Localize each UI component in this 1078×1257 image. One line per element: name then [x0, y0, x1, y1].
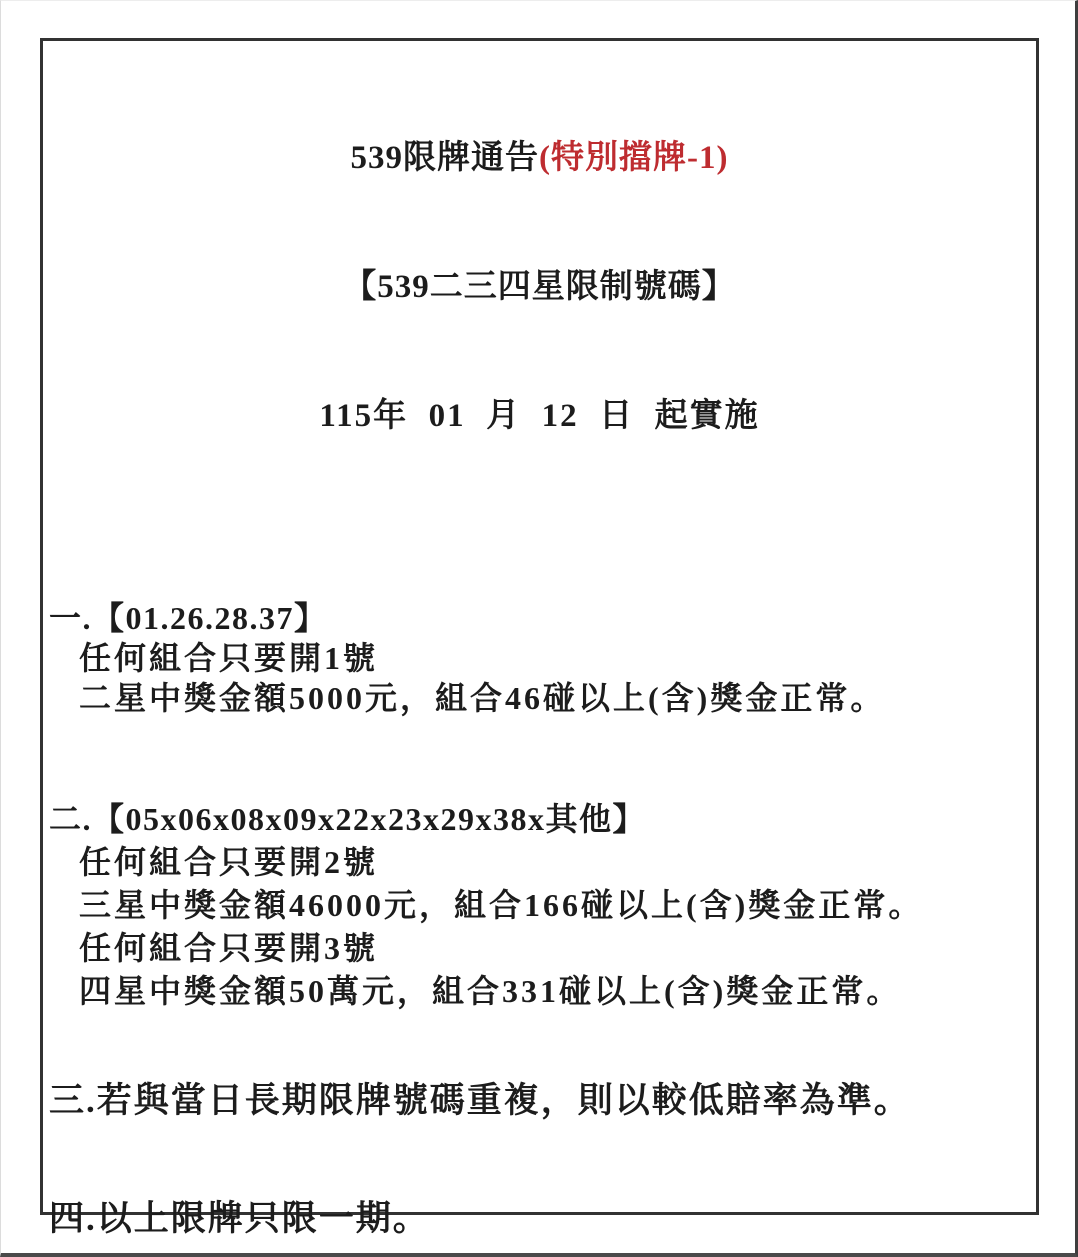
section-3-heading: 三.若與當日長期限牌號碼重複，則以較低賠率為準。 [47, 1079, 1032, 1123]
section-3: 三.若與當日長期限牌號碼重複，則以較低賠率為準。 [47, 1079, 1032, 1123]
notice-border-frame: 539限牌通告(特別擋牌-1) 【539二三四星限制號碼】 115年 01 月 … [40, 38, 1039, 1215]
effective-date-line: 115年 01 月 12 日 起實施 [47, 395, 1032, 438]
section-2-line: 四星中獎金額50萬元，組合331碰以上(含)獎金正常。 [47, 970, 1032, 1013]
section-4-heading: 四.以上限牌只限一期。 [47, 1197, 1032, 1241]
notice-title-special-tag: (特別擋牌-1) [539, 140, 728, 176]
section-2-heading: 二.【05x06x08x09x22x23x29x38x其他】 [47, 798, 1032, 841]
notice-header: 539限牌通告(特別擋牌-1) 【539二三四星限制號碼】 115年 01 月 … [47, 51, 1032, 524]
section-2: 二.【05x06x08x09x22x23x29x38x其他】 任何組合只要開2號… [47, 798, 1032, 1013]
notice-title-line: 539限牌通告(特別擋牌-1) [47, 137, 1032, 180]
section-1-line: 任何組合只要開1號 [47, 638, 1032, 678]
notice-title: 539限牌通告 [351, 140, 540, 176]
section-1-line: 二星中獎金額5000元，組合46碰以上(含)獎金正常。 [47, 678, 1032, 718]
section-2-line: 任何組合只要開3號 [47, 927, 1032, 970]
section-4: 四.以上限牌只限一期。 [47, 1197, 1032, 1241]
section-2-line: 任何組合只要開2號 [47, 841, 1032, 884]
notice-content: 539限牌通告(特別擋牌-1) 【539二三四星限制號碼】 115年 01 月 … [43, 41, 1036, 1212]
section-1-heading: 一.【01.26.28.37】 [47, 598, 1032, 638]
section-1: 一.【01.26.28.37】 任何組合只要開1號 二星中獎金額5000元，組合… [47, 598, 1032, 718]
notice-subtitle: 【539二三四星限制號碼】 [47, 266, 1032, 309]
section-2-line: 三星中獎金額46000元，組合166碰以上(含)獎金正常。 [47, 884, 1032, 927]
scanned-notice-page: 539限牌通告(特別擋牌-1) 【539二三四星限制號碼】 115年 01 月 … [0, 0, 1078, 1257]
